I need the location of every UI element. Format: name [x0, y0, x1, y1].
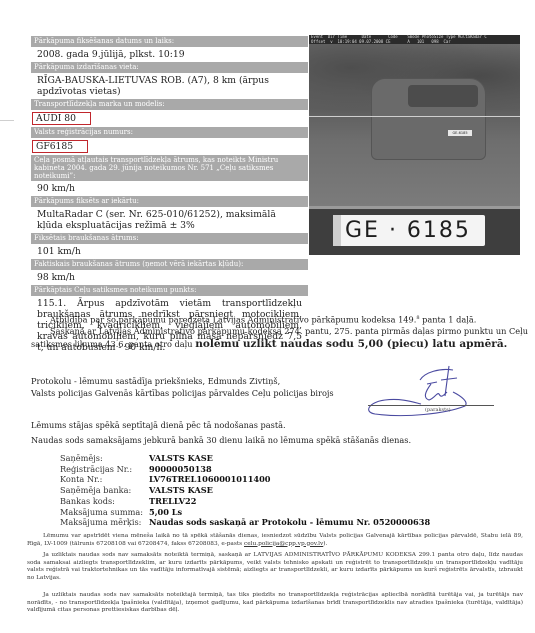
field-value-actual-speed: 98 km/h	[31, 270, 308, 285]
field-value-vehicle-model: AUDI 80	[31, 110, 308, 127]
radar-photo-header: Event Dir Time Date Code Smode PhotoSize…	[309, 35, 520, 44]
payment-key: Saņēmējs:	[60, 453, 149, 464]
payment-row-amount: Maksājuma summa:5,00 Ls	[60, 507, 430, 518]
author-line-1: Protokolu - lēmumu sastādīja priekšnieks…	[31, 375, 280, 387]
unpaid-restriction-notice: Ja uzliktais naudas sods nav samaksāts n…	[27, 552, 523, 582]
field-label-location: Pārkāpuma izdarīšanas vieta:	[31, 62, 308, 73]
effective-note: Lēmums stājas spēkā septītajā dienā pēc …	[31, 419, 286, 431]
payment-row-purpose: Maksājuma mērķis:Naudas sods saskaņā ar …	[60, 517, 430, 528]
decision-text: satiksmes likuma 43.6. panta otro daļu	[31, 339, 195, 349]
payment-row-bank: Saņēmēja banka:VALSTS KASE	[60, 485, 430, 496]
payment-key: Reģistrācijas Nr.:	[60, 464, 149, 475]
payment-value: VALSTS KASE	[149, 453, 213, 464]
payment-key: Saņēmēja banka:	[60, 485, 149, 496]
payment-value: LV76TREL1060001011400	[149, 474, 270, 485]
payment-value: 90000050138	[149, 464, 212, 475]
field-value-location: RĪGA-BAUSKA-LIETUVAS ROB. (A7), 8 km (ār…	[31, 73, 308, 99]
vehicle-windshield	[408, 85, 478, 107]
payment-row-reg-nr: Reģistrācijas Nr.:90000050138	[60, 464, 430, 475]
appeal-notice: Lēmumu var apstrīdēt viena mēneša laikā …	[27, 533, 523, 548]
payment-value: 5,00 Ls	[149, 507, 182, 518]
liability-line-1: Atbildība par šo pārkāpumu paredzēta Lat…	[50, 312, 476, 326]
plate-closeup: GE · 6185	[309, 206, 520, 255]
restriction-text: Ja uzliktais naudas sods nav samaksāts n…	[27, 552, 523, 581]
payment-due-note: Naudas sods samaksājams jebkurā bankā 30…	[31, 434, 411, 446]
fine-decision: nolēmu uzlikt naudas sodu 5,00 (piecu) l…	[195, 338, 507, 350]
plate-closeup-number: GE · 6185	[333, 215, 485, 246]
field-label-datetime: Pārkāpuma fiksēšanas datums un laiks:	[31, 36, 308, 47]
signature-label: (paraksts)	[425, 407, 451, 413]
signature	[365, 362, 495, 422]
payment-value: VALSTS KASE	[149, 485, 213, 496]
field-label-rule: Pārkāptais Ceļu satiksmes noteikumu punk…	[31, 285, 308, 296]
liability-line-2: Saskaņā ar Latvijas Administratīvo pārkā…	[50, 325, 528, 337]
radar-scene: GE-6185	[309, 44, 520, 206]
field-value-speed-limit: 90 km/h	[31, 181, 308, 196]
field-label-recorded-speed: Fiksētais braukšanas ātrums:	[31, 233, 308, 244]
payment-key: Konta Nr.:	[60, 474, 149, 485]
payment-key: Maksājuma summa:	[60, 507, 149, 518]
appeal-text-end: ).	[323, 541, 327, 547]
highlight-box-registration: GF6185	[32, 140, 88, 153]
plate-closeup-text: GE · 6185	[345, 218, 471, 243]
payment-row-recipient: Saņēmējs:VALSTS KASE	[60, 453, 430, 464]
enforcement-notice: Ja uzliktais naudas sods nav samaksāts n…	[27, 592, 523, 615]
radar-photo: Event Dir Time Date Code Smode PhotoSize…	[309, 35, 520, 255]
payment-key: Maksājuma mērķis:	[60, 517, 149, 528]
payment-row-account: Konta Nr.:LV76TREL1060001011400	[60, 474, 430, 485]
payment-value: Naudas sods saskaņā ar Protokolu - lēmum…	[149, 517, 430, 528]
vehicle-plate-small: GE-6185	[448, 130, 472, 136]
field-label-vehicle-model: Transportlīdzekļa marka un modelis:	[31, 99, 308, 110]
field-label-registration: Valsts reģistrācijas numurs:	[31, 127, 308, 138]
liability-text-end: panta 1 daļā.	[420, 315, 477, 325]
email-link[interactable]: celu.policija@cpp.vp.gov.lv	[244, 541, 323, 547]
liability-text: Atbildība par šo pārkāpumu paredzēta Lat…	[50, 315, 416, 325]
field-value-device: MultaRadar C (ser. Nr. 625-010/61252), m…	[31, 207, 308, 233]
signature-line	[368, 405, 494, 406]
plate-eu-strip	[333, 215, 341, 246]
scan-line	[309, 116, 520, 117]
scan-edge-mark	[0, 120, 14, 121]
field-value-datetime: 2008. gada 9.jūlijā, plkst. 10:19	[31, 47, 308, 62]
payment-row-bank-code: Bankas kods:TRELLV22	[60, 496, 430, 507]
liability-line-3: satiksmes likuma 43.6. panta otro daļu n…	[31, 338, 507, 350]
vehicle-image: GE-6185	[371, 78, 486, 160]
enforcement-text: Ja uzliktais naudas sods nav samaksāts n…	[27, 592, 523, 613]
field-label-device: Pārkāpums fiksēts ar iekārtu:	[31, 196, 308, 207]
field-value-registration: GF6185	[31, 138, 308, 155]
payment-value: TRELLV22	[149, 496, 196, 507]
payment-details: Saņēmējs:VALSTS KASE Reģistrācijas Nr.:9…	[60, 453, 430, 528]
payment-key: Bankas kods:	[60, 496, 149, 507]
highlight-box-model: AUDI 80	[32, 112, 91, 125]
field-value-recorded-speed: 101 km/h	[31, 244, 308, 259]
author-line-2: Valsts policijas Galvenās kārtības polic…	[31, 387, 334, 399]
violation-fields: Pārkāpuma fiksēšanas datums un laiks: 20…	[31, 36, 308, 355]
field-label-actual-speed: Faktiskais braukšanas ātrums (ņemot vērā…	[31, 259, 308, 270]
field-label-speed-limit: Ceļa posmā atļautais transportlīdzekļa ā…	[31, 155, 308, 181]
